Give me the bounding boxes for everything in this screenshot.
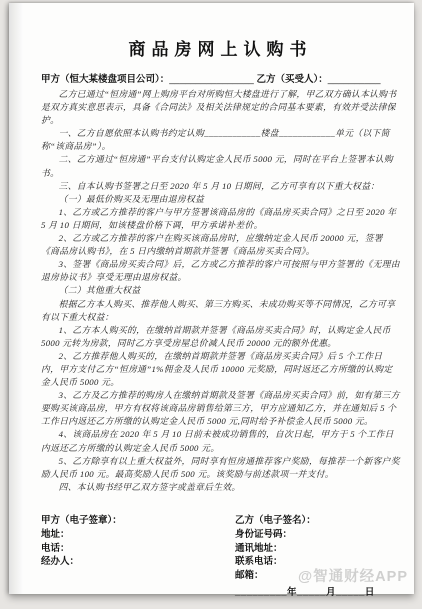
section-2-item-5: 5、乙方除享有以上重大权益外，同时享有恒房通推荐客户奖励，每推荐一个新客户奖励人… [41,455,400,481]
clause-4: 四、本认购书经甲乙双方签字或盖章后生效。 [41,481,400,494]
document-title: 商品房网上认购书 [41,35,400,60]
party-b-address-label: 通讯地址： [235,542,400,556]
party-b-label: 乙方（买受人）： [256,74,327,85]
watermark-text: @智通财经APP [298,565,408,586]
document-page: 商品房网上认购书 甲方（恒大某楼盘项目公司）：________________ … [9,3,414,594]
section-2-item-2: 2、乙方推荐他人购买的，在缴纳首期款并签署《商品房买卖合同》后 5 个工作日内，… [41,350,400,389]
intro-paragraph: 乙方已通过“恒房通”网上购房平台对所购恒大楼盘进行了解，甲乙双方确认本认购书是双… [41,88,400,127]
section-1-item-1: 1、乙方或乙方推荐的客户与甲方签署该商品房的《商品房买卖合同》之日至 2020 … [41,206,400,232]
party-a-address-label: 地址： [41,528,235,542]
section-2-item-4: 4、该商品房在 2020 年 5 月 10 日前未被成功销售的，自次日起，甲方于… [41,428,400,454]
party-a-blank: ________________ [169,74,254,85]
section-2-heading: （二）其他重大权益 [41,284,400,297]
section-2-intro: 根据乙方本人购买、推荐他人购买、第三方购买、未成功购买等不同情况，乙方可享有以下… [41,298,400,324]
clause-3: 三、自本认购书签署之日至 2020 年 5 月 10 日期间，乙方可享有以下重大… [41,180,400,193]
party-a-seal-label: 甲方（电子签章）： [41,514,235,528]
document-content: 商品房网上认购书 甲方（恒大某楼盘项目公司）：________________ … [9,3,414,598]
clause-1: 一、乙方自愿依照本认购书约定认购____________楼盘__________… [41,127,400,153]
parties-line: 甲方（恒大某楼盘项目公司）：________________ 乙方（买受人）：_… [41,71,400,85]
section-1-item-3: 3、签署《商品房买卖合同》后，乙方或乙方推荐的客户可按照与甲方签署的《无理由退房… [41,258,400,284]
party-b-id-label: 身份证号码： [235,528,400,542]
party-b-sign-label: 乙方（电子签名）： [235,514,400,528]
section-2-item-1: 1、乙方本人购买的，在缴纳首期款并签署《商品房买卖合同》时，认购定金人民币 50… [41,324,400,350]
party-a-label: 甲方（恒大某楼盘项目公司）： [41,74,169,85]
party-a-signature-column: 甲方（电子签章）： 地址： 电话： 经办人： [41,514,235,598]
party-a-handler-label: 经办人： [41,555,235,569]
contract-body: 乙方已通过“恒房通”网上购房平台对所购恒大楼盘进行了解，甲乙双方确认本认购书是双… [41,88,400,494]
party-a-phone-label: 电话： [41,542,235,556]
section-1-heading: （一）最低价购买及无理由退房权益 [41,193,400,206]
section-1-item-2: 2、乙方或乙方推荐的客户在购买该商品房时，应缴纳定金人民币 20000 元，签署… [41,232,400,258]
clause-2: 二、乙方通过“恒房通”平台支付认购定金人民币 5000 元，同时在平台上签署本认… [41,153,400,179]
section-2-item-3: 3、乙方及乙方推荐的购房人在缴纳首期款及签署《商品房买卖合同》前，如有第三方要购… [41,389,400,428]
party-b-blank: __________ [328,74,381,85]
